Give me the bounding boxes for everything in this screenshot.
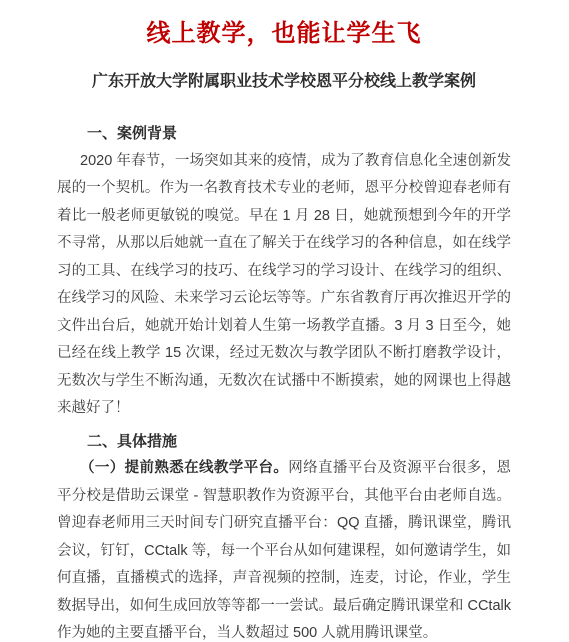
paragraph-text: 2020 年春节，一场突如其来的疫情，成为了教育信息化全速创新发展的一个契机。作… (57, 153, 511, 417)
section-heading-background: 一、案例背景 (57, 120, 511, 148)
paragraph-text: 网络直播平台及资源平台很多，恩平分校是借助云课堂 - 智慧职教作为资源平台，其他… (57, 460, 511, 641)
document-page: 线上教学，也能让学生飞 广东开放大学附属职业技术学校恩平分校线上教学案例 一、案… (0, 0, 569, 642)
section-heading-measures: 二、具体措施 (57, 428, 511, 456)
doc-subtitle: 广东开放大学附属职业技术学校恩平分校线上教学案例 (57, 73, 511, 91)
doc-title: 线上教学，也能让学生飞 (57, 20, 511, 47)
paragraph-background: 2020 年春节，一场突如其来的疫情，成为了教育信息化全速创新发展的一个契机。作… (57, 148, 511, 423)
paragraph-measures: （一）提前熟悉在线教学平台。网络直播平台及资源平台很多，恩平分校是借助云课堂 -… (57, 455, 511, 642)
paragraph-lead: （一）提前熟悉在线教学平台。 (80, 460, 288, 476)
